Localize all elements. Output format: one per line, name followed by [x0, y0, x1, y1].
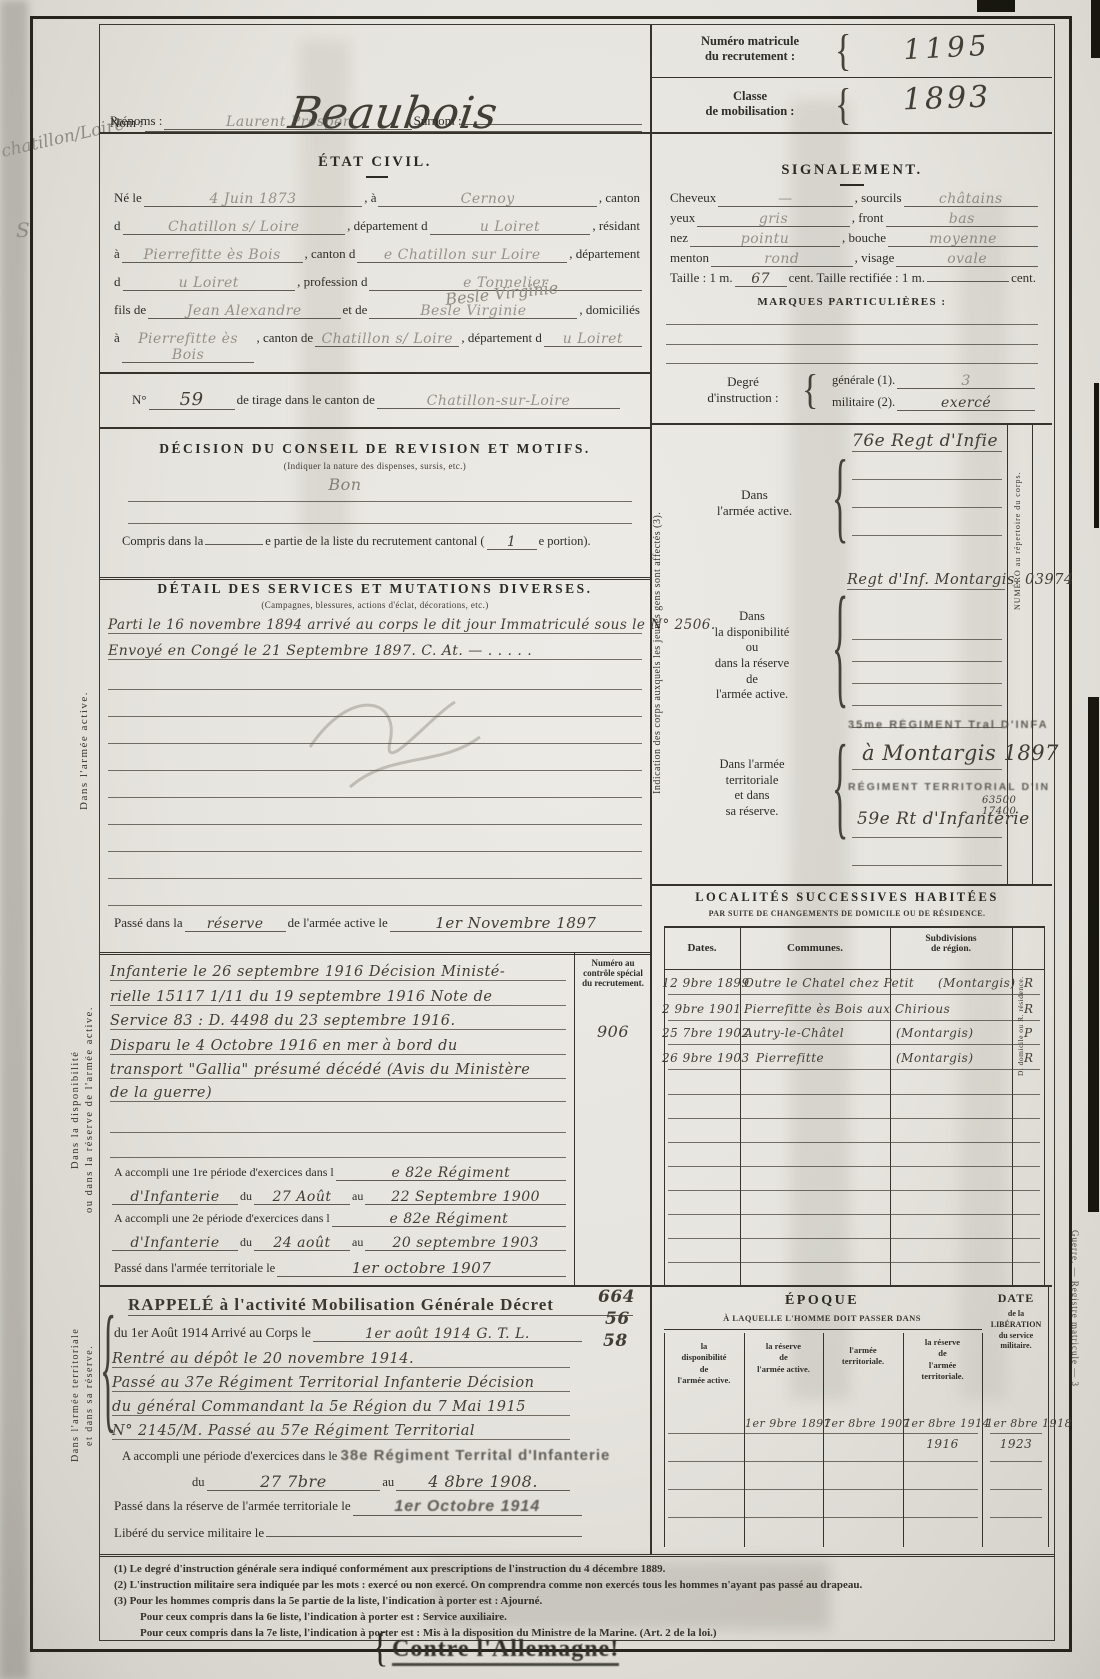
brace: {	[832, 582, 848, 718]
ruled-line	[852, 683, 1002, 684]
territoriale-vertical-label-1: Dans l'armée territoriale	[70, 1290, 81, 1500]
decision-subtitle: (Indiquer la nature des dispenses, sursi…	[100, 461, 650, 471]
tirage-canton-value: Chatillon-sur-Loire	[427, 393, 571, 409]
classe-row: Classe de mobilisation : { 1893	[652, 77, 1052, 132]
marques-label: MARQUES PARTICULIÈRES :	[652, 296, 1052, 308]
rappele-line2-label: du 1er Août 1914 Arrivé au Corps le	[112, 1325, 313, 1341]
reserve-entry: Infanterie le 26 septembre 1916 Décision…	[110, 964, 566, 981]
territoriale-entry: Passé au 37e Régiment Territorial Infant…	[112, 1375, 570, 1392]
cheveux-value: —	[778, 191, 793, 207]
ruled-line	[668, 1020, 1040, 1021]
localite-date: 2 9bre 1901	[662, 1002, 742, 1016]
reserve-entry: Service 83 : D. 4498 du 23 septembre 191…	[110, 1013, 566, 1030]
epoque-subtitle: À LAQUELLE L'HOMME DOIT PASSER DANS	[662, 1313, 982, 1323]
residant-label: , résidant	[590, 218, 642, 234]
tirage-text: de tirage dans le canton de	[235, 392, 377, 408]
exercice-territoriale-date1: 27 7bre	[260, 1472, 326, 1491]
regiment-stamp-1: 35me RÉGIMENT Tral D'INFANTERIE	[848, 719, 1048, 731]
canton-value: e Chatillon sur Loire	[384, 247, 541, 263]
ruled-line	[108, 905, 642, 906]
cheveux-label: Cheveux	[668, 190, 718, 206]
ruled-line	[668, 1166, 1040, 1167]
numero-tirage-label: N°	[130, 392, 149, 408]
du-label: du	[190, 1475, 207, 1490]
ruled-line	[852, 705, 1002, 706]
decision-title: DÉCISION DU CONSEIL DE REVISION ET MOTIF…	[100, 441, 650, 457]
footnote-number: (2)	[114, 1579, 127, 1591]
reserve-entry: rielle 15117 1/11 du 19 septembre 1916 N…	[110, 989, 566, 1006]
departement-value: u Loiret	[563, 331, 623, 347]
numero-tirage-value: 59	[180, 389, 204, 410]
nez-label: nez	[668, 230, 690, 246]
disponibilite-line: Regt d'Inf. Montargis. 03974	[847, 571, 1005, 590]
territoriale-label: Dans l'armée territoriale et dans sa rés…	[677, 757, 827, 820]
taille-value: 67	[751, 271, 770, 287]
au-label: au	[380, 1475, 396, 1490]
reserve-entry: de la guerre)	[110, 1085, 566, 1102]
ruled-line	[666, 324, 1038, 325]
localites-title: LOCALITÉS SUCCESSIVES HABITÉES	[652, 890, 1042, 905]
residence-value: Pierrefitte ès Bois	[143, 247, 280, 263]
territoriale-vertical-label-2: et dans sa réserve.	[84, 1300, 95, 1490]
canton-label: , canton de	[254, 330, 315, 346]
canton-value: Chatillon s/ Loire	[168, 219, 300, 235]
departement-value: u Loiret	[179, 275, 239, 291]
taille-rectifiee-blank	[927, 281, 1009, 282]
menton-label: menton	[668, 250, 711, 266]
service-entry: Parti le 16 novembre 1894 arrivé au corp…	[108, 617, 642, 634]
scan-artifact-strip	[1088, 697, 1099, 1212]
localite-commune: Pierrefitte ès Bois aux Chirious	[744, 1002, 1004, 1016]
regiment-handwritten-1: à Montargis 1897	[862, 741, 1059, 765]
exercice-territoriale-line: A accompli une période d'exercices dans …	[122, 1447, 610, 1464]
localite-subdivision: (Montargis)	[938, 976, 1016, 990]
surnom-label: Surnom :	[412, 113, 464, 129]
ruled-line	[668, 1238, 1040, 1239]
header-left: Nom : Beaubois Prénoms : Laurent Prosper…	[100, 25, 650, 134]
table-header-rule	[664, 969, 1044, 970]
taille-label: Taille : 1 m.	[668, 270, 735, 286]
ruled-line	[668, 1190, 1040, 1191]
brace: {	[802, 370, 818, 413]
epoque-col-header: l'armée territoriale.	[824, 1345, 902, 1368]
yeux-label: yeux	[668, 210, 697, 226]
localite-dr: R	[1024, 1051, 1034, 1065]
a-label: , à	[362, 190, 378, 206]
footnote-text: Pour les hommes compris dans la 5e parti…	[130, 1595, 543, 1607]
canton-label: , canton d	[303, 246, 358, 262]
corps-section: Indication des corps auxquels les jeunes…	[652, 423, 1052, 886]
exercice2-date1: 24 août	[273, 1235, 330, 1251]
footnote-2: (2) L'instruction militaire sera indiqué…	[114, 1579, 862, 1591]
col-dates-header: Dates.	[664, 942, 740, 954]
epoque-col-header: la réserve de l'armée territoriale.	[904, 1337, 981, 1383]
table-rule	[664, 1329, 982, 1330]
localite-subdivision: (Montargis)	[896, 1051, 974, 1065]
left-edge-shadow	[0, 0, 28, 1679]
signalement-section: SIGNALEMENT. Cheveux — , sourcils châtai…	[652, 132, 1052, 425]
localites-section: LOCALITÉS SUCCESSIVES HABITÉES PAR SUITE…	[652, 884, 1052, 1287]
left-brace: {	[100, 1301, 116, 1444]
territoriale-section: { RAPPELÉ à l'activité Mobilisation Géné…	[100, 1285, 650, 1554]
passe-reserve-label-2: de l'armée active le	[286, 915, 390, 931]
document-content: Nom : Beaubois Prénoms : Laurent Prosper…	[99, 24, 1055, 1641]
col-subdivisions-header: Subdivisions de région.	[890, 934, 1012, 954]
reserve-entry: Disparu le 4 Octobre 1916 en mer à bord …	[110, 1038, 566, 1055]
a-label: à	[112, 330, 122, 346]
rappele-line2-value: 1er août 1914 G. T. L.	[365, 1326, 530, 1342]
repertoire-vertical-label: NUMÉRO au répertoire du corps.	[1013, 431, 1022, 651]
disponibilite-vertical-label-2: ou dans la réserve de l'armée active.	[84, 940, 95, 1280]
margin-number: 58	[603, 1331, 628, 1351]
territoriale-entry: du général Commandant la 5e Région du 7 …	[112, 1399, 570, 1416]
ruled-line	[668, 994, 1040, 995]
fils-de-label: fils de	[112, 302, 148, 318]
epoque-col-header: la disponibilité de l'armée active.	[665, 1341, 743, 1387]
table-border	[1048, 1285, 1049, 1547]
scanned-military-record: chatillon/Loire S Guerre. — Registre mat…	[0, 0, 1100, 1679]
localite-dr: R	[1024, 976, 1034, 990]
epoque-value: 1er 9bre 1897	[745, 1417, 822, 1430]
ruled-line	[852, 865, 1002, 866]
birthdate-value: 4 Juin 1873	[209, 191, 296, 207]
reserve-entry: transport "Gallia" présumé décédé (Avis …	[110, 1062, 566, 1079]
taille-rectifiee-label: cent. Taille rectifiée : 1 m.	[787, 270, 927, 286]
sourcils-value: châtains	[939, 191, 1003, 207]
bouche-label: , bouche	[840, 230, 888, 246]
epoque-value: 1er 8bre 1914	[904, 1417, 981, 1430]
exercice1-arme: d'Infanterie	[130, 1189, 219, 1205]
ruled-line	[990, 1461, 1042, 1462]
matricule-row: Numéro matricule du recrutement : { 1195	[652, 25, 1052, 78]
table-top-rule	[664, 926, 1044, 928]
libere-blank	[266, 1536, 582, 1537]
disponibilite-value: Regt d'Inf. Montargis. 03974	[847, 572, 1074, 588]
territoriale-entry: Rentré au dépôt le 20 novembre 1914.	[112, 1351, 570, 1368]
footnote-1: (1) Le degré d'instruction générale sera…	[114, 1563, 665, 1575]
departement-label: , département d	[459, 330, 544, 346]
ruled-line	[990, 1489, 1042, 1490]
ruled-line	[108, 878, 642, 879]
disponibilite-label: Dans la disponibilité ou dans la réserve…	[677, 609, 827, 703]
brace: {	[832, 732, 848, 848]
rappele-heading: RAPPELÉ à l'activité Mobilisation Généra…	[128, 1295, 633, 1316]
ruled-line	[990, 1517, 1042, 1518]
pencil-margin-mark: S	[16, 218, 30, 242]
ruled-line	[852, 661, 1002, 662]
decision-value: Bon	[100, 475, 590, 494]
ruled-line	[668, 1142, 1040, 1143]
departement-label: , département d	[345, 218, 430, 234]
epoque-section: ÉPOQUE À LAQUELLE L'HOMME DOIT PASSER DA…	[652, 1285, 1052, 1554]
footnotes: (1) Le degré d'instruction générale sera…	[100, 1554, 1054, 1639]
faint-signature-scribble	[290, 657, 520, 827]
passe-reserve-date: 1er Novembre 1897	[435, 914, 596, 932]
ruled-line	[666, 363, 1038, 364]
signalement-title: SIGNALEMENT.	[652, 162, 1052, 179]
reserve-section: Numéro au contrôle spécial du recrutemen…	[100, 952, 650, 1287]
brace: {	[372, 1629, 388, 1670]
reserve-territoriale-label: Passé dans la réserve de l'armée territo…	[112, 1498, 353, 1514]
ruled-line	[852, 639, 1002, 640]
title-underline	[366, 176, 388, 178]
menton-value: rond	[764, 251, 799, 267]
birthplace-value: Cernoy	[461, 191, 515, 207]
localite-dr: P	[1024, 1026, 1033, 1040]
et-de-label: et de	[341, 302, 370, 318]
domicile-value: Pierrefitte ès Bois	[138, 331, 238, 363]
front-value: bas	[949, 211, 975, 227]
visage-label: , visage	[853, 250, 897, 266]
instruction-militaire-label: militaire (2).	[830, 395, 897, 410]
localite-commune: Outre le Chatel chez Petit	[744, 976, 894, 990]
compris-label-2: e partie de la liste du recrutement cant…	[263, 534, 486, 549]
instruction-label: Degré d'instruction :	[688, 374, 798, 406]
decision-section: DÉCISION DU CONSEIL DE REVISION ET MOTIF…	[100, 427, 650, 580]
canton-label: , canton	[597, 190, 642, 206]
ruled-line	[668, 1214, 1040, 1215]
cent-label: cent.	[1009, 270, 1038, 286]
front-label: , front	[850, 210, 886, 226]
ruled-line	[668, 1118, 1040, 1119]
ruled-line	[668, 1044, 1040, 1045]
ne-le-label: Né le	[112, 190, 144, 206]
ruled-line	[852, 535, 1002, 536]
localite-commune: Pierrefitte	[756, 1051, 906, 1065]
matricule-label: Numéro matricule du recrutement :	[670, 34, 830, 64]
classe-label: Classe de mobilisation :	[670, 89, 830, 119]
domicilies-label: , domiciliés	[577, 302, 642, 318]
margin-number: 56	[605, 1309, 630, 1329]
territoriale-entry: N° 2145/M. Passé au 57e Régiment Territo…	[112, 1423, 570, 1440]
ruled-line	[852, 507, 1002, 508]
localite-date: 12 9bre 1899	[662, 976, 742, 990]
numero-controle-column: Numéro au contrôle spécial du recrutemen…	[574, 952, 651, 1285]
ruled-line	[852, 769, 1002, 770]
regiment-stamp-2: RÉGIMENT TERRITORIAL D'INFANTERIE	[848, 781, 1048, 793]
bottom-stamp: Contre l'Allemagne!	[392, 1636, 619, 1666]
ruled-line	[668, 1262, 1040, 1263]
margin-number: 664	[598, 1287, 635, 1307]
footnote-number: (1)	[114, 1563, 127, 1575]
services-section: DÉTAIL DES SERVICES ET MUTATIONS DIVERSE…	[100, 577, 650, 955]
etat-civil-section: ÉTAT CIVIL. Né le 4 Juin 1873 , à Cernoy…	[100, 132, 650, 374]
ruled-line	[668, 1069, 1040, 1070]
passe-territoriale-date: 1er octobre 1907	[352, 1259, 491, 1277]
date-liberation-value: 1er 8bre 1918	[986, 1417, 1046, 1430]
regiment-numbers: 63500 17400	[982, 795, 1016, 817]
footnote-3: (3) Pour les hommes compris dans la 5e p…	[114, 1595, 542, 1607]
exercice1-date1: 27 Août	[273, 1189, 332, 1205]
ruled-line	[990, 1433, 1042, 1434]
nez-value: pointu	[741, 231, 790, 247]
passe-reserve-value: réserve	[207, 916, 264, 932]
du-label: du	[238, 1235, 254, 1250]
canton-value: Chatillon s/ Loire	[321, 331, 453, 347]
footnote-4: Pour ceux compris dans la 6e liste, l'in…	[140, 1611, 507, 1623]
instruction-generale-value: 3	[961, 373, 970, 389]
exercice1-date2: 22 Septembre 1900	[391, 1189, 540, 1205]
passe-reserve-label: Passé dans la	[112, 915, 185, 931]
footnote-number: (3)	[114, 1595, 127, 1607]
exercice2-label: A accompli une 2e période d'exercices da…	[112, 1211, 332, 1226]
ruled-line	[668, 1433, 978, 1434]
portion-value: 1	[507, 534, 516, 550]
ruled-line	[110, 1132, 566, 1133]
ruled-line	[666, 344, 1038, 345]
reserve-territoriale-date: 1er Octobre 1914	[394, 1498, 540, 1515]
epoque-title: ÉPOQUE	[662, 1293, 982, 1309]
scan-artifact-strip	[1094, 383, 1099, 528]
services-subtitle: (Campagnes, blessures, actions d'éclat, …	[100, 600, 650, 610]
date-liberation-title: DATE	[986, 1291, 1046, 1306]
scan-artifact-corner	[977, 0, 1015, 12]
armee-active-vertical-label: Dans l'armée active.	[78, 600, 90, 900]
departement-value: u Loiret	[480, 219, 540, 235]
disponibilite-vertical-label-1: Dans la disponibilité	[70, 960, 81, 1260]
compris-label-3: e portion).	[537, 534, 593, 549]
footnote-text: L'instruction militaire sera indiquée pa…	[130, 1579, 863, 1591]
document-frame: Nom : Beaubois Prénoms : Laurent Prosper…	[30, 16, 1072, 1652]
exercice2-regiment: e 82e Régiment	[389, 1211, 508, 1227]
armee-active-value: 76e Regt d'Infie	[852, 431, 998, 451]
etat-civil-title: ÉTAT CIVIL.	[100, 154, 650, 171]
armee-active-line: 76e Regt d'Infie	[852, 431, 1002, 452]
au-label: au	[350, 1189, 365, 1204]
ruled-line	[852, 837, 1002, 838]
yeux-value: gris	[759, 211, 788, 227]
matricule-value: 1195	[866, 27, 1028, 68]
date-liberation-sub: de la LIBÉRATION du service militaire.	[986, 1309, 1046, 1352]
departement-label: , département	[567, 246, 642, 262]
sourcils-label: , sourcils	[853, 190, 904, 206]
epoque-value-correction: 1916	[904, 1437, 981, 1451]
date-liberation-correction: 1923	[986, 1437, 1046, 1451]
ruled-line	[668, 1094, 1040, 1095]
right-column: Numéro matricule du recrutement : { 1195…	[650, 25, 1052, 1554]
exercice-territoriale-label: A accompli une période d'exercices dans …	[122, 1449, 337, 1463]
ruled-line	[668, 1517, 978, 1518]
prenoms-line: Laurent Prosper	[164, 113, 411, 130]
brace: {	[835, 30, 851, 74]
exercice2-date2: 20 septembre 1903	[392, 1235, 538, 1251]
table-border	[982, 1333, 983, 1547]
passe-territoriale-label: Passé dans l'armée territoriale le	[112, 1261, 277, 1276]
compris-blank	[205, 544, 263, 545]
localite-date: 25 7bre 1902	[662, 1026, 742, 1040]
localite-subdivision: (Montargis)	[896, 1026, 974, 1040]
classe-value: 1893	[866, 78, 1027, 119]
visage-value: ovale	[947, 251, 987, 267]
left-column: Nom : Beaubois Prénoms : Laurent Prosper…	[100, 25, 650, 1554]
prenoms-label: Prénoms :	[108, 113, 164, 129]
armee-active-label: Dans l'armée active.	[682, 487, 827, 519]
exercice1-label: A accompli une 1re période d'exercices d…	[112, 1165, 336, 1180]
numero-controle-header: Numéro au contrôle spécial du recrutemen…	[579, 958, 647, 988]
exercice2-arme: d'Infanterie	[130, 1235, 219, 1251]
tirage-section: N° 59 de tirage dans le canton de Chatil…	[100, 372, 650, 429]
footnote-text: Le degré d'instruction générale sera ind…	[130, 1563, 666, 1575]
instruction-generale-label: générale (1).	[830, 373, 897, 388]
ruled-line	[668, 1461, 978, 1462]
localite-dr: R	[1024, 1002, 1034, 1016]
bouche-value: moyenne	[929, 231, 997, 247]
table-border	[1044, 926, 1045, 1285]
ruled-line	[668, 1489, 978, 1490]
localite-date: 26 9bre 1903	[662, 1051, 742, 1065]
header-right: Numéro matricule du recrutement : { 1195…	[652, 25, 1052, 134]
libere-label: Libéré du service militaire le	[112, 1525, 266, 1541]
brace: {	[832, 449, 848, 551]
ruled-line	[128, 501, 632, 502]
compris-label: Compris dans la	[120, 534, 205, 549]
corps-vertical-label: Indication des corps auxquels les jeunes…	[652, 433, 663, 873]
de-label: d	[112, 218, 123, 234]
au-label: au	[350, 1235, 365, 1250]
profession-label: , profession d	[295, 274, 369, 290]
localites-subtitle: PAR SUITE DE CHANGEMENTS DE DOMICILE OU …	[652, 909, 1042, 918]
ruled-line	[110, 1157, 566, 1158]
title-underline	[840, 184, 864, 186]
a-label: à	[112, 246, 122, 262]
ruled-line	[108, 851, 642, 852]
col-communes-header: Communes.	[740, 942, 890, 954]
brace: {	[835, 84, 851, 128]
instruction-militaire-value: exercé	[941, 395, 991, 411]
epoque-value: 1er 8bre 1907	[824, 1417, 902, 1430]
surnom-line	[464, 124, 642, 125]
ruled-line	[852, 479, 1002, 480]
de-label: d	[112, 274, 123, 290]
exercice-regiment-stamp: 38e Régiment Territal d'Infanterie	[340, 1447, 610, 1464]
numero-controle-value: 906	[575, 1022, 651, 1041]
exercice1-regiment: e 82e Régiment	[391, 1165, 510, 1181]
father-value: Jean Alexandre	[187, 303, 302, 319]
scan-artifact-strip	[1091, 0, 1100, 58]
du-label: du	[238, 1189, 254, 1204]
prenoms-value: Laurent Prosper	[226, 114, 350, 130]
exercice-territoriale-date2: 4 8bre 1908.	[428, 1472, 538, 1491]
localite-commune: Autry-le-Châtel	[744, 1026, 894, 1040]
ruled-line	[128, 523, 632, 524]
epoque-col-header: la réserve de l'armée active.	[745, 1341, 822, 1375]
services-title: DÉTAIL DES SERVICES ET MUTATIONS DIVERSE…	[100, 581, 650, 597]
